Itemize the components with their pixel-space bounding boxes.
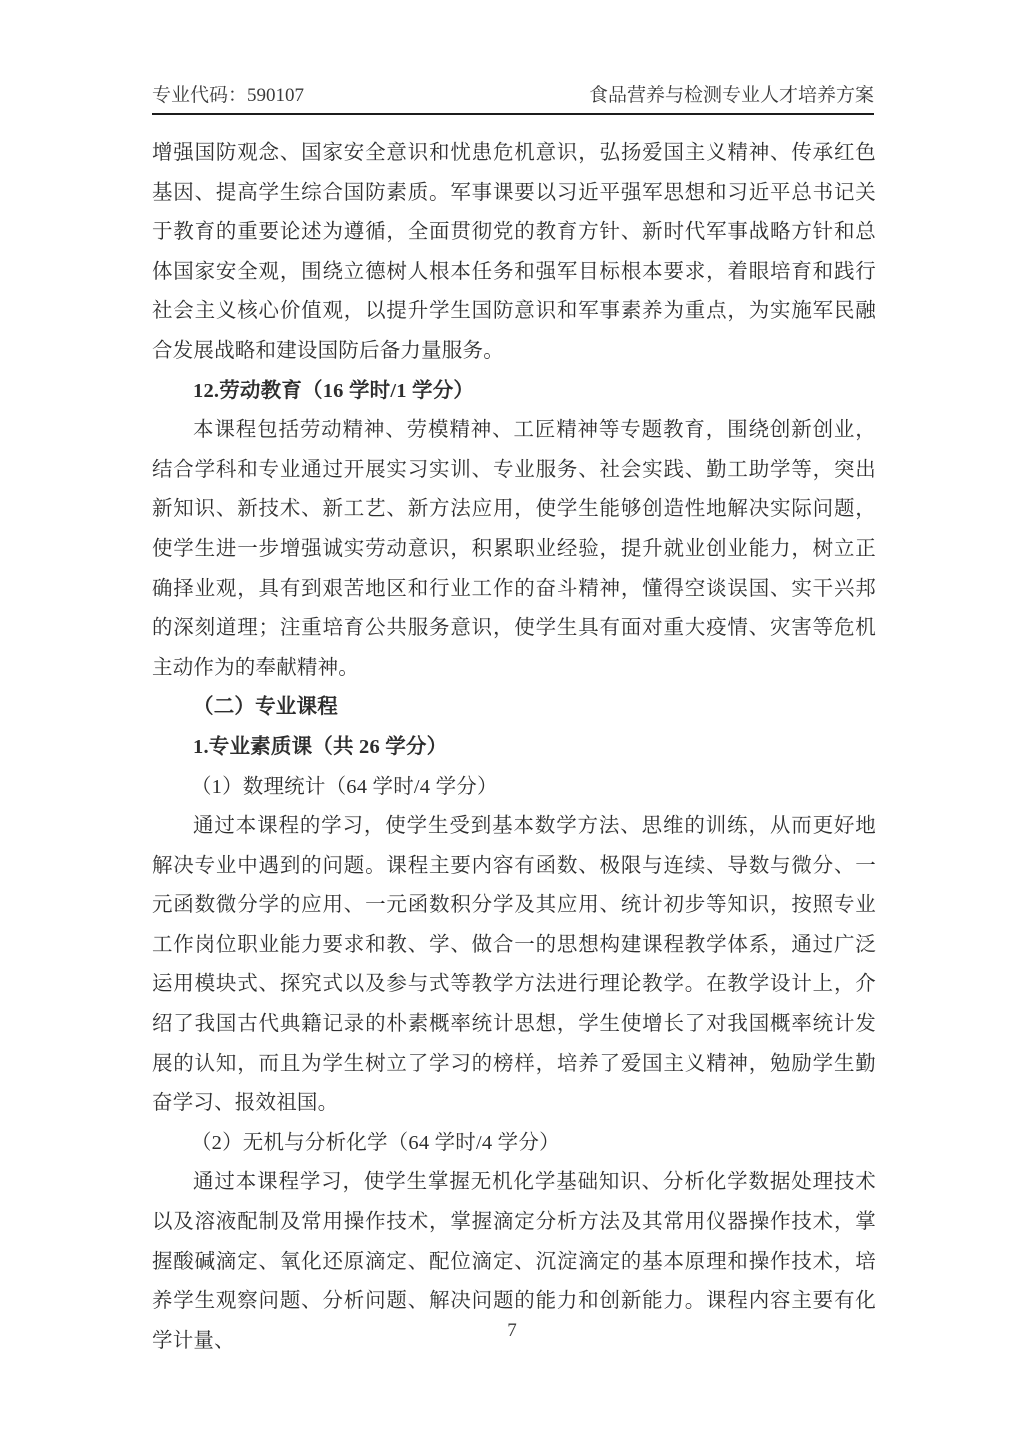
page-number: 7 <box>507 1320 517 1341</box>
para-labor-education: 本课程包括劳动精神、劳模精神、工匠精神等专题教育，围绕创新创业，结合学科和专业通… <box>152 411 876 688</box>
para-mathematical-statistics: 通过本课程的学习，使学生受到基本数学方法、思维的训练，从而更好地解决专业中遇到的… <box>152 807 876 1124</box>
document-page: 专业代码：590107 食品营养与检测专业人才培养方案 增强国防观念、国家安全意… <box>0 0 1024 1448</box>
heading-professional-quality-courses: 1.专业素质课（共 26 学分） <box>152 728 876 768</box>
header-major-code: 专业代码：590107 <box>152 84 304 108</box>
para-national-defense-continuation: 增强国防观念、国家安全意识和忧患危机意识，弘扬爱国主义精神、传承红色基因、提高学… <box>152 134 876 372</box>
heading-inorganic-analytical-chemistry: （2）无机与分析化学（64 学时/4 学分） <box>152 1124 876 1164</box>
heading-labor-education: 12.劳动教育（16 学时/1 学分） <box>152 372 876 412</box>
heading-professional-courses: （二）专业课程 <box>152 688 876 728</box>
document-body: 增强国防观念、国家安全意识和忧患危机意识，弘扬爱国主义精神、传承红色基因、提高学… <box>152 134 876 1361</box>
page-footer: 7 <box>0 1320 1024 1342</box>
heading-mathematical-statistics: （1）数理统计（64 学时/4 学分） <box>152 768 876 808</box>
page-header: 专业代码：590107 食品营养与检测专业人才培养方案 <box>152 84 874 115</box>
header-doc-title: 食品营养与检测专业人才培养方案 <box>589 84 874 108</box>
